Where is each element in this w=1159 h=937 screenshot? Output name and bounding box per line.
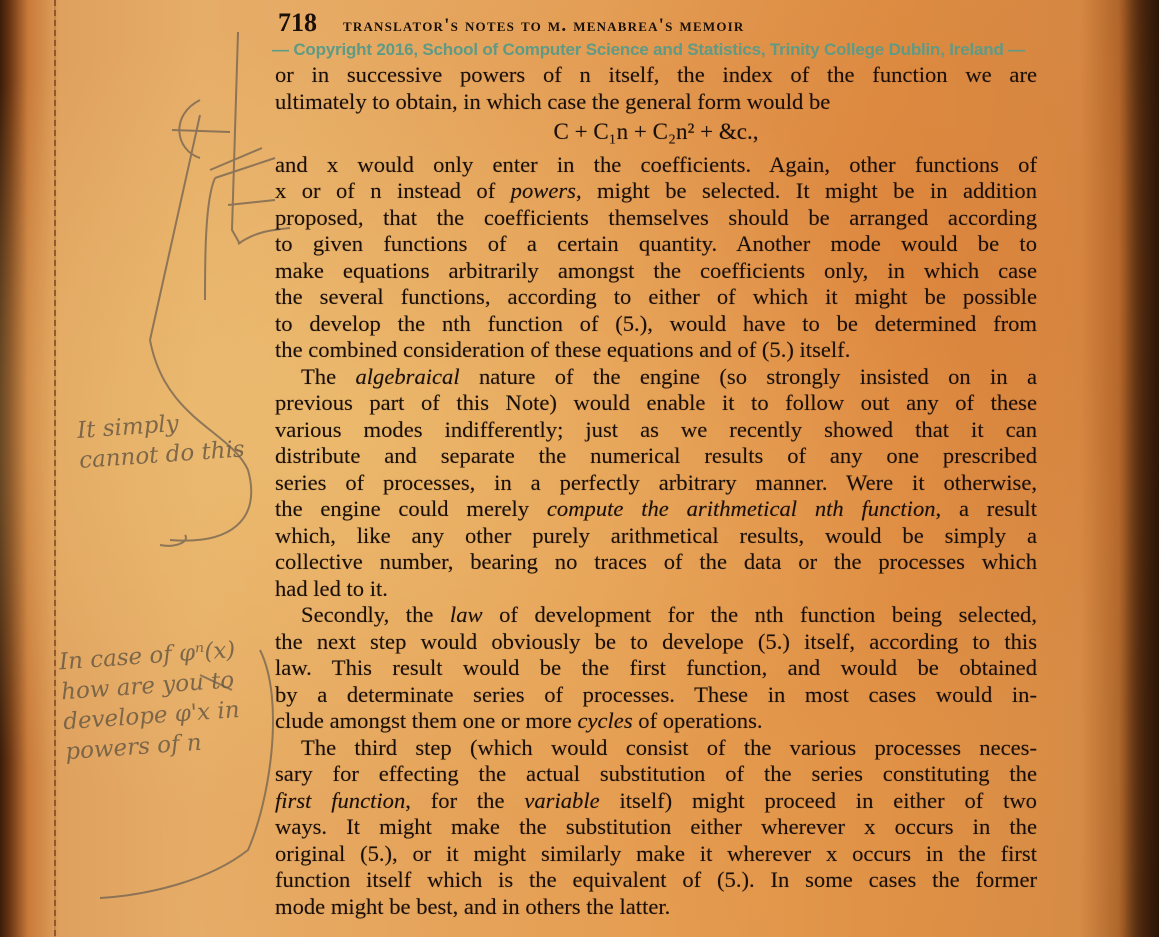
text-line: Secondly, the law of development for the… bbox=[275, 602, 1037, 629]
text-line: the combined consideration of these equa… bbox=[275, 337, 1037, 364]
text-line: to develop the nth function of (5.), wou… bbox=[275, 311, 1037, 338]
running-head: TRANSLATOR'S NOTES TO M. MENABREA'S MEMO… bbox=[343, 15, 745, 37]
text-line: or in successive powers of n itself, the… bbox=[275, 62, 1037, 89]
text-line: clude amongst them one or more cycles of… bbox=[275, 708, 1037, 735]
text-line: first function, for the variable itself)… bbox=[275, 788, 1037, 815]
text-line: distribute and separate the numerical re… bbox=[275, 443, 1037, 470]
page-header: 718 TRANSLATOR'S NOTES TO M. MENABREA'S … bbox=[278, 8, 998, 40]
formula: C + C₁n + C₂n² + &c., bbox=[275, 119, 1037, 146]
binding-shadow bbox=[1119, 0, 1159, 937]
text-line: the engine could merely compute the arit… bbox=[275, 496, 1037, 523]
page-number: 718 bbox=[278, 8, 317, 38]
handwritten-margin-note: In case of φⁿ(x) how are you to develope… bbox=[58, 633, 276, 767]
handwritten-margin-note: It simply cannot do this bbox=[76, 404, 250, 476]
text-line: by a determinate series of processes. Th… bbox=[275, 682, 1037, 709]
page-fold-line bbox=[54, 0, 56, 937]
text-line: the several functions, according to eith… bbox=[275, 284, 1037, 311]
text-line: original (5.), or it might similarly mak… bbox=[275, 841, 1037, 868]
text-line: make equations arbitrarily amongst the c… bbox=[275, 258, 1037, 285]
text-line: had led to it. bbox=[275, 576, 1037, 603]
text-line: mode might be best, and in others the la… bbox=[275, 894, 1037, 921]
text-line: ways. It might make the substitution eit… bbox=[275, 814, 1037, 841]
text-line: which, like any other purely arithmetica… bbox=[275, 523, 1037, 550]
text-line: to given functions of a certain quantity… bbox=[275, 231, 1037, 258]
text-line: sary for effecting the actual substituti… bbox=[275, 761, 1037, 788]
text-line: ultimately to obtain, in which case the … bbox=[275, 89, 1037, 116]
body-text: or in successive powers of n itself, the… bbox=[275, 62, 1037, 920]
text-line: various modes indifferently; just as we … bbox=[275, 417, 1037, 444]
text-line: the next step would obviously be to deve… bbox=[275, 629, 1037, 656]
text-line: and x would only enter in the coefficien… bbox=[275, 152, 1037, 179]
book-page-scan: 718 TRANSLATOR'S NOTES TO M. MENABREA'S … bbox=[0, 0, 1159, 937]
text-line: series of processes, in a perfectly arbi… bbox=[275, 470, 1037, 497]
text-line: The third step (which would consist of t… bbox=[275, 735, 1037, 762]
text-line: previous part of this Note) would enable… bbox=[275, 390, 1037, 417]
text-line: The algebraical nature of the engine (so… bbox=[275, 364, 1037, 391]
text-line: collective number, bearing no traces of … bbox=[275, 549, 1037, 576]
text-line: law. This result would be the first func… bbox=[275, 655, 1037, 682]
text-line: proposed, that the coefficients themselv… bbox=[275, 205, 1037, 232]
copyright-watermark: — Copyright 2016, School of Computer Sci… bbox=[272, 40, 1159, 60]
text-line: function itself which is the equivalent … bbox=[275, 867, 1037, 894]
text-line: x or of n instead of powers, might be se… bbox=[275, 178, 1037, 205]
